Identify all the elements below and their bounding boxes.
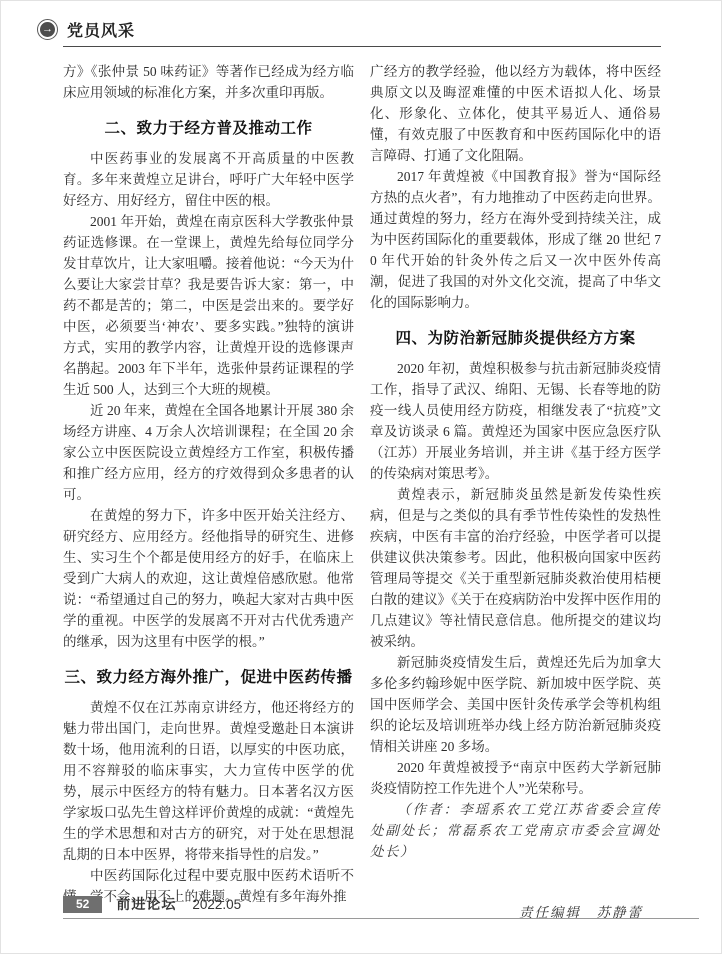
page-footer: 52 前进论坛 2022.05 — [63, 894, 699, 919]
page-number-badge: 52 — [63, 896, 102, 913]
section-header: 党员风采 — [37, 18, 135, 41]
paragraph: 2020 年初，黄煌积极参与抗击新冠肺炎疫情工作，指导了武汉、绵阳、无锡、长春等… — [370, 358, 661, 484]
paragraph: 中医药事业的发展离不开高质量的中医教育。多年来黄煌立足讲台，呼吁广大年轻中医学好… — [63, 148, 354, 211]
right-column: 广经方的教学经验，他以经方为载体，将中医经典原文以及晦涩难懂的中医术语拟人化、场… — [370, 61, 661, 923]
left-column: 方》《张仲景 50 味药证》等著作已经成为经方临床应用领域的标准化方案，并多次重… — [63, 61, 354, 923]
issue-date: 2022.05 — [192, 897, 241, 912]
paragraph: 2001 年开始，黄煌在南京医科大学教张仲景药证选修课。在一堂课上，黄煌先给每位… — [63, 211, 354, 400]
paragraph: 近 20 年来，黄煌在全国各地累计开展 380 余场经方讲座、4 万余人次培训课… — [63, 400, 354, 505]
journal-name: 前进论坛 — [116, 894, 176, 914]
section-heading-3: 三、致力经方海外推广，促进中医药传播 — [63, 665, 354, 687]
article-body: 方》《张仲景 50 味药证》等著作已经成为经方临床应用领域的标准化方案，并多次重… — [63, 61, 661, 923]
paragraph: 黄煌表示，新冠肺炎虽然是新发传染性疾病，但是与之类似的具有季节性传染性的发热性疾… — [370, 484, 661, 652]
paragraph: 黄煌不仅在江苏南京讲经方，他还将经方的魅力带出国门，走向世界。黄煌受邀赴日本演讲… — [63, 697, 354, 865]
magazine-page: 党员风采 方》《张仲景 50 味药证》等著作已经成为经方临床应用领域的标准化方案… — [0, 0, 722, 954]
paragraph: 广经方的教学经验，他以经方为载体，将中医经典原文以及晦涩难懂的中医术语拟人化、场… — [370, 61, 661, 166]
paragraph: 2020 年黄煌被授予“南京中医药大学新冠肺炎疫情防控工作先进个人”光荣称号。 — [370, 757, 661, 799]
arrow-right-circle-icon — [37, 19, 58, 40]
author-note: （作者：李瑶系农工党江苏省委会宣传处副处长；常磊系农工党南京市委会宣调处处长） — [370, 799, 661, 862]
header-rule — [63, 46, 661, 47]
arrow-right-icon — [40, 22, 55, 37]
section-heading-2: 二、致力于经方普及推动工作 — [63, 116, 354, 138]
paragraph: 新冠肺炎疫情发生后，黄煌还先后为加拿大多伦多约翰珍妮中医学院、新加坡中医学院、英… — [370, 652, 661, 757]
paragraph: 方》《张仲景 50 味药证》等著作已经成为经方临床应用领域的标准化方案，并多次重… — [63, 61, 354, 103]
paragraph: 2017 年黄煌被《中国教育报》誉为“国际经方热的点火者”，有力地推动了中医药走… — [370, 166, 661, 313]
section-title: 党员风采 — [67, 18, 135, 41]
paragraph: 在黄煌的努力下，许多中医开始关注经方、研究经方、应用经方。经他指导的研究生、进修… — [63, 505, 354, 652]
section-heading-4: 四、为防治新冠肺炎提供经方方案 — [370, 326, 661, 348]
